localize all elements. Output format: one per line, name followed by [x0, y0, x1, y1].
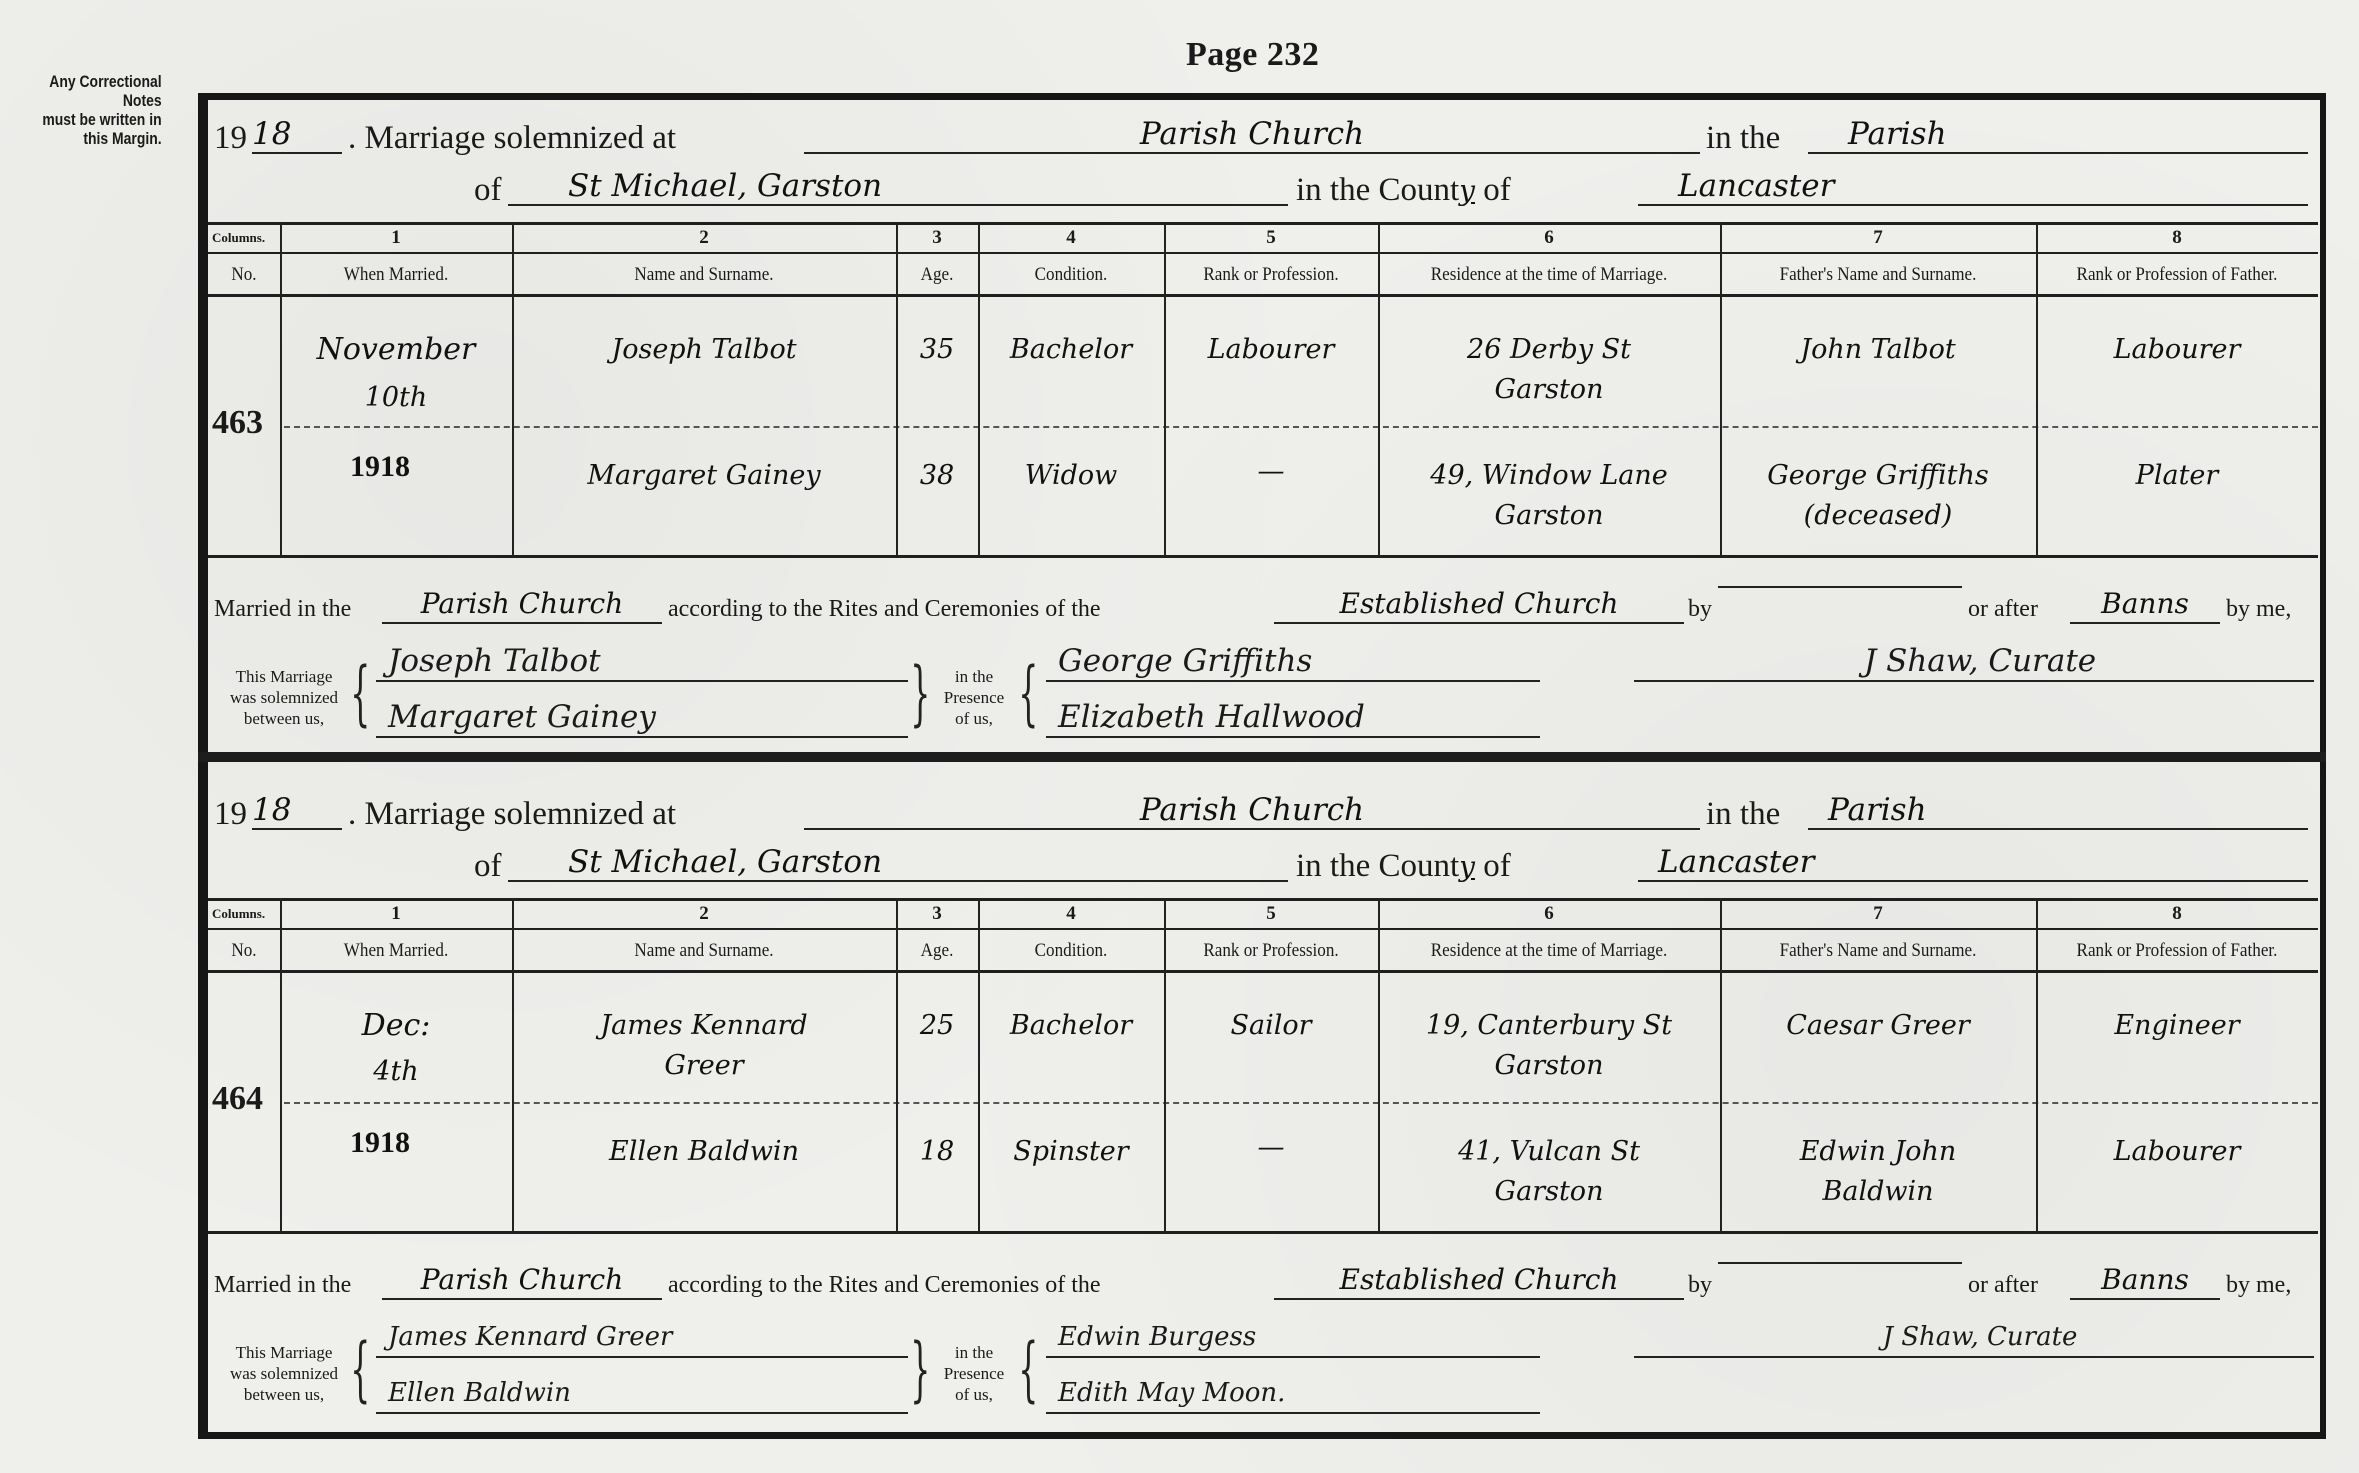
- after-value: Banns: [2070, 1262, 2220, 1300]
- left-brace: {: [1018, 1334, 1038, 1404]
- bride-father-name: George Griffiths: [1720, 460, 2036, 491]
- label-line: of us,: [928, 708, 1020, 729]
- bride-condition: Widow: [978, 460, 1164, 491]
- groom-surname: Greer: [512, 1050, 896, 1081]
- entry-number: 463: [212, 404, 263, 442]
- bride-condition: Spinster: [978, 1136, 1164, 1167]
- in-the-label: in the: [1706, 796, 1780, 833]
- column-header-condition: Condition.: [987, 940, 1154, 962]
- column-header-father-name: Father's Name and Surname.: [1736, 264, 2020, 286]
- groom-father-name: Caesar Greer: [1720, 1010, 2036, 1041]
- label-line: between us,: [208, 1384, 360, 1405]
- marriage-record: 19 18 . Marriage solemnized at Parish Ch…: [208, 776, 2318, 1436]
- margin-note-line: must be written in: [14, 110, 162, 129]
- groom-condition: Bachelor: [978, 1010, 1164, 1041]
- page-number: Page 232: [1186, 36, 1319, 74]
- column-number: 3: [896, 903, 978, 925]
- county-label: in the Count: [1296, 172, 1459, 208]
- entry-number: 464: [212, 1080, 263, 1118]
- date-month: Dec:: [280, 1008, 512, 1043]
- column-number: 7: [1720, 903, 2036, 925]
- left-brace: {: [350, 1334, 370, 1404]
- column-number: 5: [1164, 903, 1378, 925]
- left-brace: {: [350, 658, 370, 728]
- label-line: in the: [928, 666, 1020, 687]
- date-month: November: [280, 332, 512, 367]
- bride-signature: Margaret Gainey: [376, 698, 908, 738]
- of-label: of: [474, 848, 502, 885]
- entry-table: Columns. 1 2 3 4 5 6 7 8 No. When Marrie…: [208, 898, 2318, 1238]
- rites-value: Established Church: [1274, 586, 1684, 624]
- margin-note-line: Any Correctional Notes: [14, 72, 162, 110]
- officiant-signature: J Shaw, Curate: [1634, 1318, 2314, 1358]
- label-line: in the: [928, 1342, 1020, 1363]
- date-day: 4th: [280, 1056, 512, 1087]
- by-label: by: [1688, 596, 1712, 623]
- in-presence-label: in the Presence of us,: [928, 666, 1020, 729]
- date-year: 1918: [280, 450, 480, 484]
- this-marriage-label: This Marriage was solemnized between us,: [208, 666, 360, 729]
- by-value: [1718, 586, 1962, 588]
- year-prefix: 19: [214, 796, 247, 832]
- columns-label: Columns.: [212, 230, 265, 246]
- officiant-signature: J Shaw, Curate: [1634, 642, 2314, 682]
- parish-value: St Michael, Garston: [508, 168, 1288, 206]
- column-number: 4: [978, 227, 1164, 249]
- column-header-father-name: Father's Name and Surname.: [1736, 940, 2020, 962]
- of-label: of: [474, 172, 502, 209]
- bride-age: 38: [896, 460, 978, 491]
- column-header-condition: Condition.: [987, 264, 1154, 286]
- bride-father-note: (deceased): [1720, 500, 2036, 531]
- bride-father-profession: Labourer: [2036, 1136, 2318, 1167]
- year-suffix: 18: [252, 116, 342, 154]
- groom-name: James Kennard: [512, 1010, 896, 1041]
- rites-label: according to the Rites and Ceremonies of…: [668, 596, 1101, 623]
- by-me-label: by me,: [2226, 596, 2291, 623]
- label-line: Presence: [928, 687, 1020, 708]
- column-number: 2: [512, 903, 896, 925]
- county-value: Lancaster: [1638, 844, 2308, 882]
- year-suffix: 18: [252, 792, 342, 830]
- district-type-value: Parish: [1808, 792, 2308, 830]
- label-line: Presence: [928, 1363, 1020, 1384]
- margin-note-line: this Margin.: [14, 129, 162, 148]
- married-in-label: Married in the: [214, 596, 351, 623]
- column-number: 7: [1720, 227, 2036, 249]
- label-line: This Marriage: [208, 1342, 360, 1363]
- groom-father-profession: Engineer: [2036, 1010, 2318, 1041]
- column-header-when-married: When Married.: [292, 940, 501, 962]
- county-of: of: [1483, 172, 1511, 208]
- groom-age: 35: [896, 334, 978, 365]
- date-day: 10th: [280, 382, 512, 413]
- witness-signature: Edith May Moon.: [1046, 1374, 1540, 1414]
- county-value: Lancaster: [1638, 168, 2308, 206]
- column-header-name: Name and Surname.: [531, 940, 877, 962]
- county-suffix: y: [1459, 174, 1475, 207]
- solemnized-at-value: Parish Church: [804, 116, 1700, 154]
- column-header-no: No.: [212, 940, 277, 962]
- groom-residence-town: Garston: [1378, 374, 1720, 405]
- date-year: 1918: [280, 1126, 480, 1160]
- or-after-label: or after: [1968, 1272, 2038, 1299]
- bride-residence-town: Garston: [1378, 1176, 1720, 1207]
- county-suffix: y: [1459, 850, 1475, 883]
- groom-father-profession: Labourer: [2036, 334, 2318, 365]
- groom-profession: Sailor: [1164, 1010, 1378, 1041]
- bride-residence: 49, Window Lane: [1378, 460, 1720, 491]
- groom-father-name: John Talbot: [1720, 334, 2036, 365]
- bride-name: Margaret Gainey: [512, 460, 896, 491]
- groom-signature: Joseph Talbot: [376, 642, 908, 682]
- bride-father-name: Edwin John: [1720, 1136, 2036, 1167]
- column-number: 8: [2036, 227, 2318, 249]
- label-line: of us,: [928, 1384, 1020, 1405]
- column-number: 3: [896, 227, 978, 249]
- parish-value: St Michael, Garston: [508, 844, 1288, 882]
- column-number: 4: [978, 903, 1164, 925]
- county-label: in the Count: [1296, 848, 1459, 884]
- year-prefix: 19: [214, 120, 247, 156]
- rites-label: according to the Rites and Ceremonies of…: [668, 1272, 1101, 1299]
- married-in-label: Married in the: [214, 1272, 351, 1299]
- record-separator: [198, 752, 2326, 762]
- groom-profession: Labourer: [1164, 334, 1378, 365]
- year-label: 19: [214, 796, 247, 833]
- bride-profession: —: [1164, 456, 1378, 487]
- label-line: between us,: [208, 708, 360, 729]
- column-header-name: Name and Surname.: [531, 264, 877, 286]
- marriage-record: 19 18 . Marriage solemnized at Parish Ch…: [208, 100, 2318, 752]
- column-header-profession: Rank or Profession.: [1175, 940, 1368, 962]
- by-label: by: [1688, 1272, 1712, 1299]
- column-header-no: No.: [212, 264, 277, 286]
- column-header-when-married: When Married.: [292, 264, 501, 286]
- label-line: was solemnized: [208, 687, 360, 708]
- column-header-residence: Residence at the time of Marriage.: [1395, 940, 1703, 962]
- column-header-profession: Rank or Profession.: [1175, 264, 1368, 286]
- county-of: of: [1483, 848, 1511, 884]
- groom-age: 25: [896, 1010, 978, 1041]
- witness-signature: George Griffiths: [1046, 642, 1540, 682]
- left-brace: {: [1018, 658, 1038, 728]
- column-number: 6: [1378, 903, 1720, 925]
- witness-signature: Elizabeth Hallwood: [1046, 698, 1540, 738]
- bride-residence-town: Garston: [1378, 500, 1720, 531]
- county-label-prefix: in the County of: [1296, 172, 1511, 209]
- entry-table: Columns. 1 2 3 4 5 6 7 8 No. When Marrie…: [208, 222, 2318, 562]
- columns-label: Columns.: [212, 906, 265, 922]
- bride-residence: 41, Vulcan St: [1378, 1136, 1720, 1167]
- column-header-age: Age.: [900, 264, 974, 286]
- married-in-value: Parish Church: [382, 1262, 662, 1300]
- in-the-label: in the: [1706, 120, 1780, 157]
- column-header-residence: Residence at the time of Marriage.: [1395, 264, 1703, 286]
- groom-condition: Bachelor: [978, 334, 1164, 365]
- in-presence-label: in the Presence of us,: [928, 1342, 1020, 1405]
- witness-signature: Edwin Burgess: [1046, 1318, 1540, 1358]
- district-type-value: Parish: [1808, 116, 2308, 154]
- by-me-label: by me,: [2226, 1272, 2291, 1299]
- marriage-solemnized-label: . Marriage solemnized at: [348, 120, 676, 157]
- bride-father-profession: Plater: [2036, 460, 2318, 491]
- by-value: [1718, 1262, 1962, 1264]
- after-value: Banns: [2070, 586, 2220, 624]
- column-header-father-profession: Rank or Profession of Father.: [2050, 264, 2304, 286]
- rites-value: Established Church: [1274, 1262, 1684, 1300]
- groom-residence-town: Garston: [1378, 1050, 1720, 1081]
- bride-signature: Ellen Baldwin: [376, 1374, 908, 1414]
- column-number: 8: [2036, 903, 2318, 925]
- county-label-prefix: in the County of: [1296, 848, 1511, 885]
- bride-name: Ellen Baldwin: [512, 1136, 896, 1167]
- groom-residence: 19, Canterbury St: [1378, 1010, 1720, 1041]
- year-label: 19: [214, 120, 247, 157]
- column-number: 2: [512, 227, 896, 249]
- solemnized-at-value: Parish Church: [804, 792, 1700, 830]
- groom-name: Joseph Talbot: [512, 334, 896, 365]
- bride-father-surname: Baldwin: [1720, 1176, 2036, 1207]
- column-number: 5: [1164, 227, 1378, 249]
- groom-residence: 26 Derby St: [1378, 334, 1720, 365]
- marriage-solemnized-label: . Marriage solemnized at: [348, 796, 676, 833]
- column-number: 6: [1378, 227, 1720, 249]
- or-after-label: or after: [1968, 596, 2038, 623]
- label-line: was solemnized: [208, 1363, 360, 1384]
- bride-profession: —: [1164, 1132, 1378, 1163]
- margin-note: Any Correctional Notes must be written i…: [14, 72, 162, 148]
- label-line: This Marriage: [208, 666, 360, 687]
- column-number: 1: [280, 227, 512, 249]
- bride-age: 18: [896, 1136, 978, 1167]
- married-in-value: Parish Church: [382, 586, 662, 624]
- column-header-father-profession: Rank or Profession of Father.: [2050, 940, 2304, 962]
- column-number: 1: [280, 903, 512, 925]
- groom-signature: James Kennard Greer: [376, 1318, 908, 1358]
- this-marriage-label: This Marriage was solemnized between us,: [208, 1342, 360, 1405]
- column-header-age: Age.: [900, 940, 974, 962]
